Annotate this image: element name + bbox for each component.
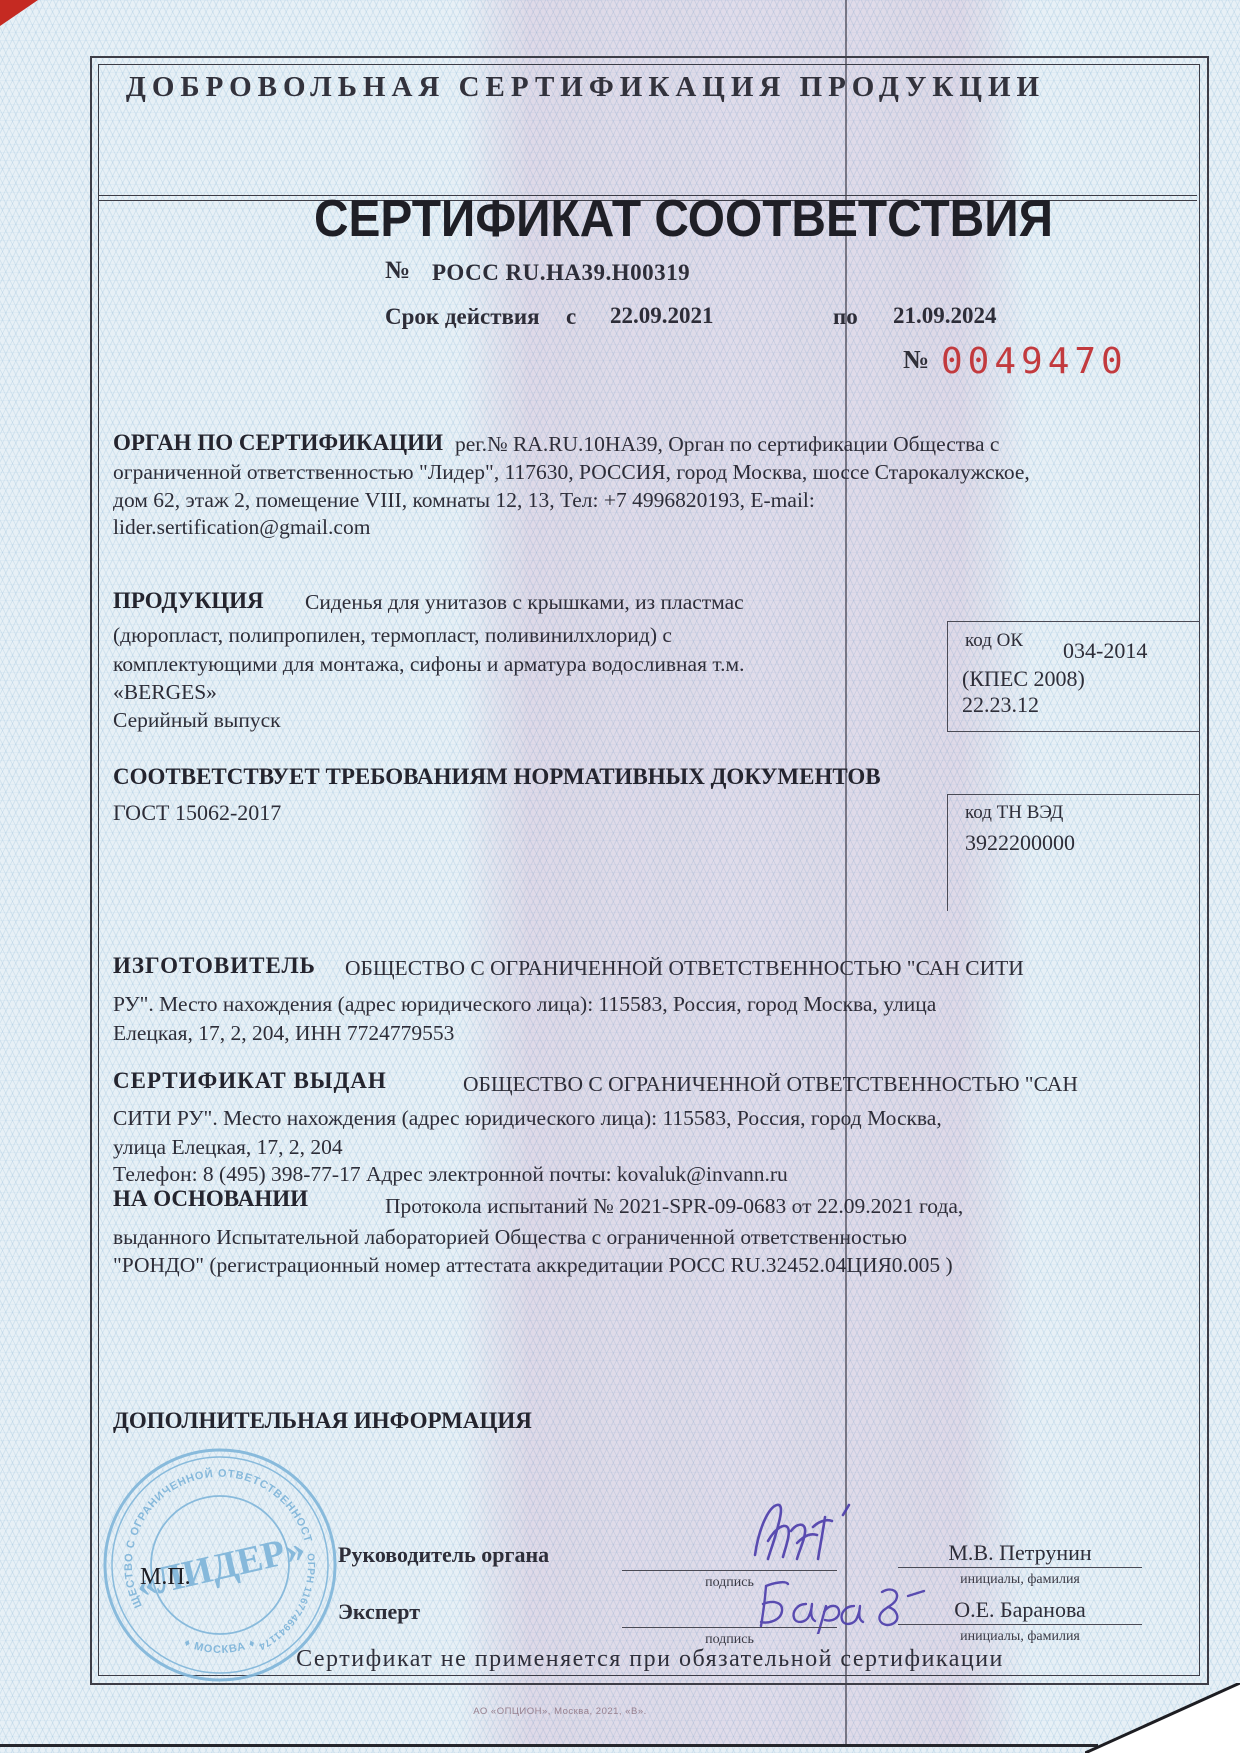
basis-section-label: НА ОСНОВАНИИ — [113, 1185, 308, 1213]
bottom-right-paper-corner — [1085, 1683, 1240, 1753]
conformity-value: ГОСТ 15062-2017 — [113, 800, 281, 827]
org-line: ограниченной ответственностью "Лидер", 1… — [113, 459, 1030, 485]
code-tnved-label: код ТН ВЭД — [965, 801, 1063, 824]
bottom-scan-edge-line — [0, 1744, 1098, 1747]
conformity-section-label: СООТВЕТСТВУЕТ ТРЕБОВАНИЯМ НОРМАТИВНЫХ ДО… — [113, 763, 881, 791]
manufacturer-line: ОБЩЕСТВО С ОГРАНИЧЕННОЙ ОТВЕТСТВЕННОСТЬЮ… — [345, 955, 1024, 981]
footer-note: Сертификат не применяется при обязательн… — [150, 1645, 1150, 1674]
validity-date-to: 21.09.2024 — [893, 302, 997, 330]
manufacturer-section-label: ИЗГОТОВИТЕЛЬ — [113, 952, 316, 980]
product-line: комплектующими для монтажа, сифоны и арм… — [113, 651, 744, 677]
product-issue-type: Серийный выпуск — [113, 707, 281, 733]
corner-mark — [0, 0, 38, 26]
expert-name: О.Е. Баранова — [898, 1597, 1142, 1624]
product-line: «BERGES» — [113, 679, 217, 705]
product-line: (дюропласт, полипропилен, термопласт, по… — [113, 622, 672, 648]
product-line: Сиденья для унитазов с крышками, из плас… — [305, 589, 744, 615]
code-ok-value: 034-2014 — [1063, 638, 1147, 665]
issued-to-line: СИТИ РУ". Место нахождения (адрес юридич… — [113, 1105, 942, 1131]
expert-signature-line — [622, 1627, 837, 1628]
manufacturer-line: РУ". Место нахождения (адрес юридическог… — [113, 991, 936, 1017]
head-signature-line — [622, 1570, 837, 1571]
blank-number-sign: № — [903, 344, 929, 376]
basis-line: Протокола испытаний № 2021-SPR-09-0683 о… — [385, 1193, 963, 1219]
org-section-label: ОРГАН ПО СЕРТИФИКАЦИИ — [113, 429, 443, 457]
org-line: рег.№ RA.RU.10НА39, Орган по сертификаци… — [455, 431, 999, 457]
issued-to-section-label: СЕРТИФИКАТ ВЫДАН — [113, 1067, 387, 1095]
product-section-label: ПРОДУКЦИЯ — [113, 587, 264, 615]
validity-prep-to: по — [833, 303, 858, 331]
blank-number-value: 0049470 — [941, 340, 1128, 384]
issued-to-line: ОБЩЕСТВО С ОГРАНИЧЕННОЙ ОТВЕТСТВЕННОСТЬЮ… — [463, 1071, 1078, 1097]
head-signature-caption: подпись — [622, 1574, 837, 1591]
validity-label: Срок действия — [385, 303, 540, 331]
validity-prep-from: с — [566, 303, 576, 331]
issued-to-contact-line: Телефон: 8 (495) 398-77-17 Адрес электро… — [113, 1161, 788, 1187]
manufacturer-line: Елецкая, 17, 2, 204, ИНН 7724779553 — [113, 1020, 454, 1046]
head-name-line — [898, 1567, 1142, 1568]
basis-line: выданного Испытательной лабораторией Общ… — [113, 1224, 907, 1250]
org-line: lider.sertification@gmail.com — [113, 514, 370, 540]
code-ok-line3: 22.23.12 — [962, 692, 1039, 719]
code-ok-label: код ОК — [965, 629, 1023, 652]
print-house-info: АО «ОПЦИОН», Москва, 2021, «В». — [0, 1706, 1180, 1718]
code-ok-line2: (КПЕС 2008) — [962, 666, 1085, 693]
head-role-label: Руководитель органа — [338, 1542, 549, 1569]
issued-to-line: улица Елецкая, 17, 2, 204 — [113, 1134, 343, 1160]
mp-place-of-seal: М.П. — [140, 1563, 191, 1592]
cert-number-sign: № — [385, 256, 410, 287]
header-band-title: ДОБРОВОЛЬНАЯ СЕРТИФИКАЦИЯ ПРОДУКЦИИ — [28, 70, 1143, 105]
basis-line: "РОНДО" (регистрационный номер аттестата… — [113, 1252, 953, 1278]
head-name: М.В. Петрунин — [898, 1540, 1142, 1567]
org-line: дом 62, этаж 2, помещение VIII, комнаты … — [113, 487, 815, 513]
expert-name-line — [898, 1624, 1142, 1625]
cert-number-value: РОСС RU.HA39.H00319 — [432, 259, 690, 287]
validity-date-from: 22.09.2021 — [610, 302, 714, 330]
document-title: СЕРТИФИКАТ СООТВЕТСТВИЯ — [171, 188, 1197, 251]
code-tnved-value: 3922200000 — [965, 830, 1075, 857]
head-name-caption: инициалы, фамилия — [898, 1571, 1142, 1588]
certificate-scan-page: ДОБРОВОЛЬНАЯ СЕРТИФИКАЦИЯ ПРОДУКЦИИ СЕРТ… — [0, 0, 1240, 1753]
additional-info-label: ДОПОЛНИТЕЛЬНАЯ ИНФОРМАЦИЯ — [113, 1407, 532, 1435]
expert-role-label: Эксперт — [338, 1599, 420, 1626]
expert-name-caption: инициалы, фамилия — [898, 1628, 1142, 1645]
